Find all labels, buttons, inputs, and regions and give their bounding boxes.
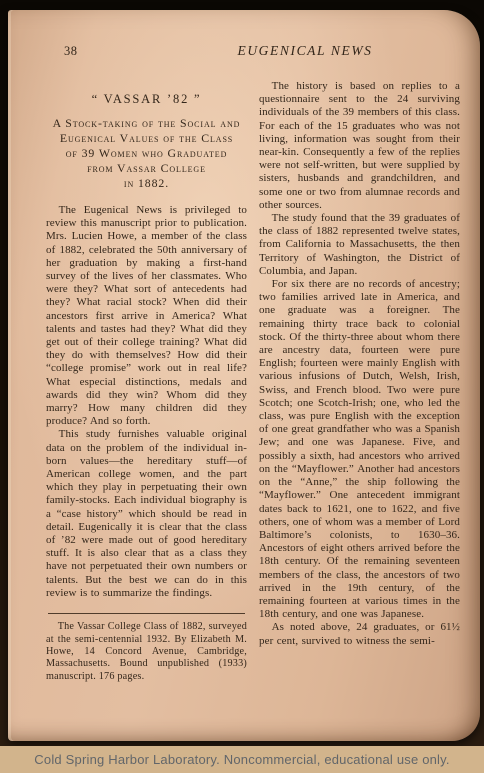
subtitle-line: Eugenical Values of the Class	[46, 131, 247, 146]
subtitle-line: from Vassar College	[46, 161, 247, 176]
article-subtitle: A Stock-taking of the Social and Eugenic…	[46, 116, 247, 191]
article-title: “ VASSAR ’82 ”	[46, 92, 247, 107]
footnote: The Vassar College Class of 1882, survey…	[46, 621, 247, 683]
text-columns: “ VASSAR ’82 ” A Stock-taking of the Soc…	[46, 80, 460, 683]
subtitle-line: in 1882.	[46, 176, 247, 191]
body-paragraph: As noted above, 24 graduates, or 61½ per…	[259, 621, 460, 647]
attribution-bar: Cold Spring Harbor Laboratory. Noncommer…	[0, 746, 484, 773]
subtitle-line: A Stock-taking of the Social and	[46, 116, 247, 131]
page-number: 38	[64, 44, 78, 59]
scanned-page-photo: 38 EUGENICAL NEWS “ VASSAR ’82 ” A Stock…	[0, 0, 484, 773]
page-content: 38 EUGENICAL NEWS “ VASSAR ’82 ” A Stock…	[8, 10, 480, 683]
body-paragraph: The Eugenical News is privileged to revi…	[46, 204, 247, 428]
body-paragraph: This study furnishes valuable original d…	[46, 428, 247, 600]
running-head: 38 EUGENICAL NEWS	[46, 44, 460, 60]
body-paragraph: For six there are no records of ancestry…	[259, 278, 460, 621]
body-paragraph: The history is based on replies to a que…	[259, 80, 460, 212]
subtitle-line: of 39 Women who Graduated	[46, 146, 247, 161]
attribution-text: Cold Spring Harbor Laboratory. Noncommer…	[34, 752, 449, 767]
right-column: The history is based on replies to a que…	[259, 80, 460, 683]
left-column: “ VASSAR ’82 ” A Stock-taking of the Soc…	[46, 80, 247, 683]
journal-title: EUGENICAL NEWS	[237, 43, 372, 59]
book-page: 38 EUGENICAL NEWS “ VASSAR ’82 ” A Stock…	[8, 10, 480, 741]
body-paragraph: The study found that the 39 graduates of…	[259, 212, 460, 278]
footnote-rule	[48, 613, 245, 614]
